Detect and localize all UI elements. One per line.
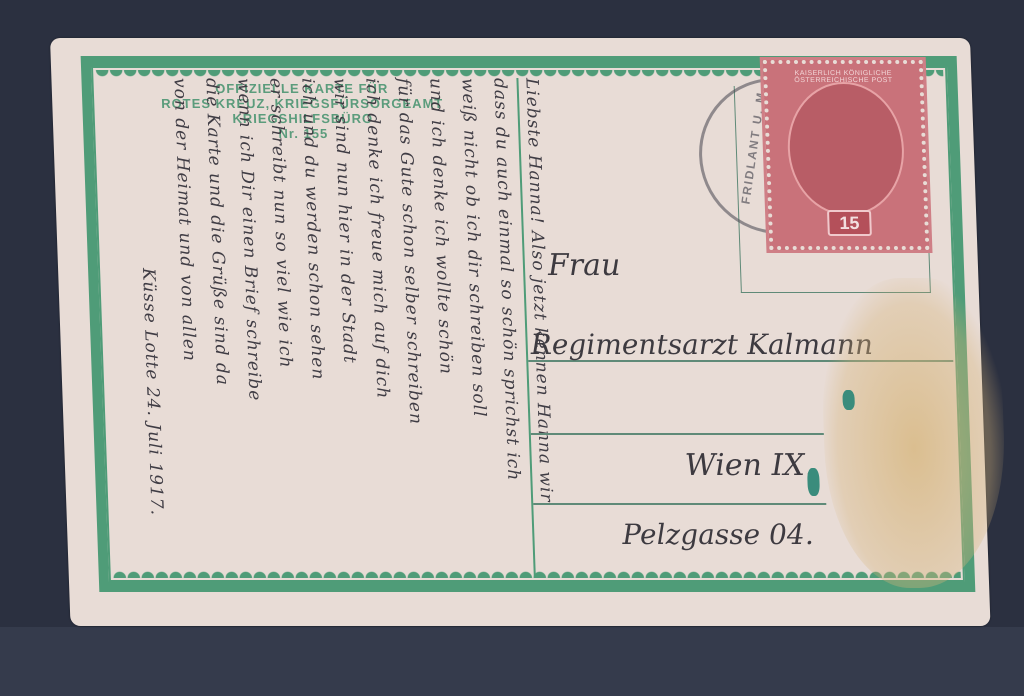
address-line-3 [533,503,826,505]
margin-signature: Küsse Lotte 24. Juli 1917. [138,268,167,516]
address-recipient-name: Regimentsarzt Kalmann [530,328,873,361]
stamp-portrait-icon [786,82,907,216]
letter-line: ich denke ich freue mich auf dich [361,78,392,399]
postcard: OFFIZIELLE KARTE FÜR ROTES KREUZ, KRIEGS… [50,38,991,626]
postage-stamp: KAISERLICH KÖNIGLICHE ÖSTERREICHISCHE PO… [763,60,930,250]
letter-line: wir sind nun hier in der Stadt [329,78,359,364]
letter-line: die Karte und die Grüße sind da [201,78,232,386]
stamp-value: 15 [827,210,872,236]
address-recipient-title: Frau [547,248,621,283]
letter-line: weiß nicht ob ich dir schreiben soll [457,78,489,418]
address-street: Pelzgasse 04. [622,518,814,551]
ink-blot [842,390,855,410]
ink-blot [807,468,820,496]
dark-background-strip [0,627,1024,696]
letter-line: von der Heimat und von allen [169,78,199,362]
letter-line: ich und du werden schon sehen [297,78,328,380]
letter-line: wenn ich Dir einen Brief schreibe [233,78,264,401]
address-line-2 [531,433,824,435]
handwritten-letter: Liebste Hanna! Also jetzt kennen Hanna w… [101,78,539,598]
letter-line: er schreibt nun so viel wie ich [265,78,295,368]
letter-line: für das Gute schon selber schreiben [393,78,425,425]
letter-line: und ich denke ich wollte schön [425,78,455,375]
address-city: Wien IX. [684,448,814,483]
